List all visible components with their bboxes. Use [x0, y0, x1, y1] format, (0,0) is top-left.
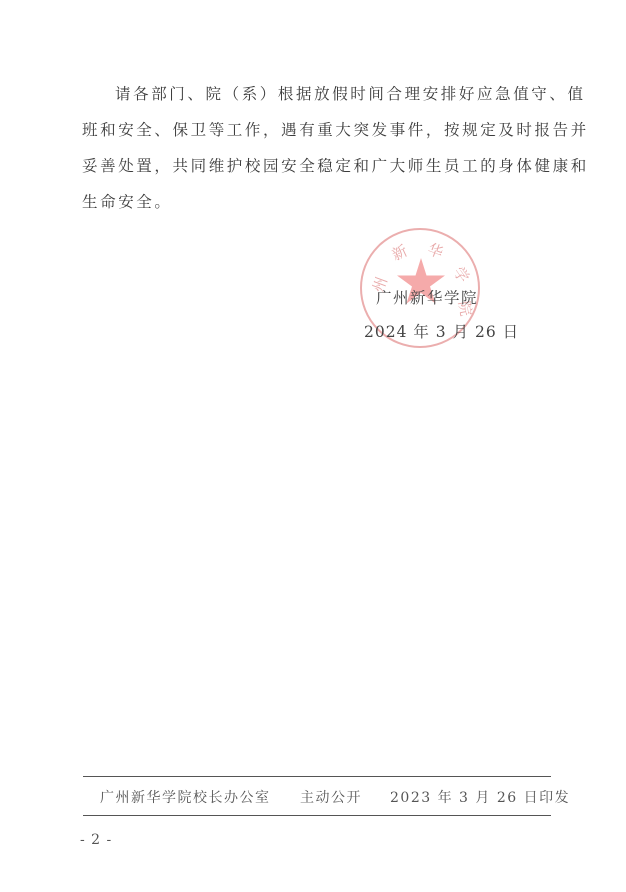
footer-bottom-rule: [83, 815, 551, 816]
stamp-char: 华: [425, 238, 446, 263]
page-number: - 2 -: [80, 832, 112, 848]
body-line: 生命安全。: [82, 184, 552, 220]
footer-top-rule: [83, 776, 551, 777]
body-line: 请各部门、院（系）根据放假时间合理安排好应急值守、值: [82, 76, 552, 112]
footer-issue-date: 2023 年 3 月 26 日印发: [390, 787, 570, 807]
body-line: 班和安全、保卫等工作，遇有重大突发事件，按规定及时报告并: [82, 112, 552, 148]
footer-disclosure: 主动公开: [300, 787, 362, 807]
signature-date: 2024 年 3 月 26 日: [364, 320, 519, 342]
stamp-char: 学: [449, 262, 475, 286]
signature-organization: 广州新华学院: [376, 286, 478, 308]
body-paragraph: 请各部门、院（系）根据放假时间合理安排好应急值守、值 班和安全、保卫等工作，遇有…: [82, 76, 552, 220]
stamp-char: 新: [388, 240, 410, 265]
footer-issuer: 广州新华学院校长办公室: [100, 787, 271, 807]
body-line: 妥善处置，共同维护校园安全稳定和广大师生员工的身体健康和: [82, 148, 552, 184]
